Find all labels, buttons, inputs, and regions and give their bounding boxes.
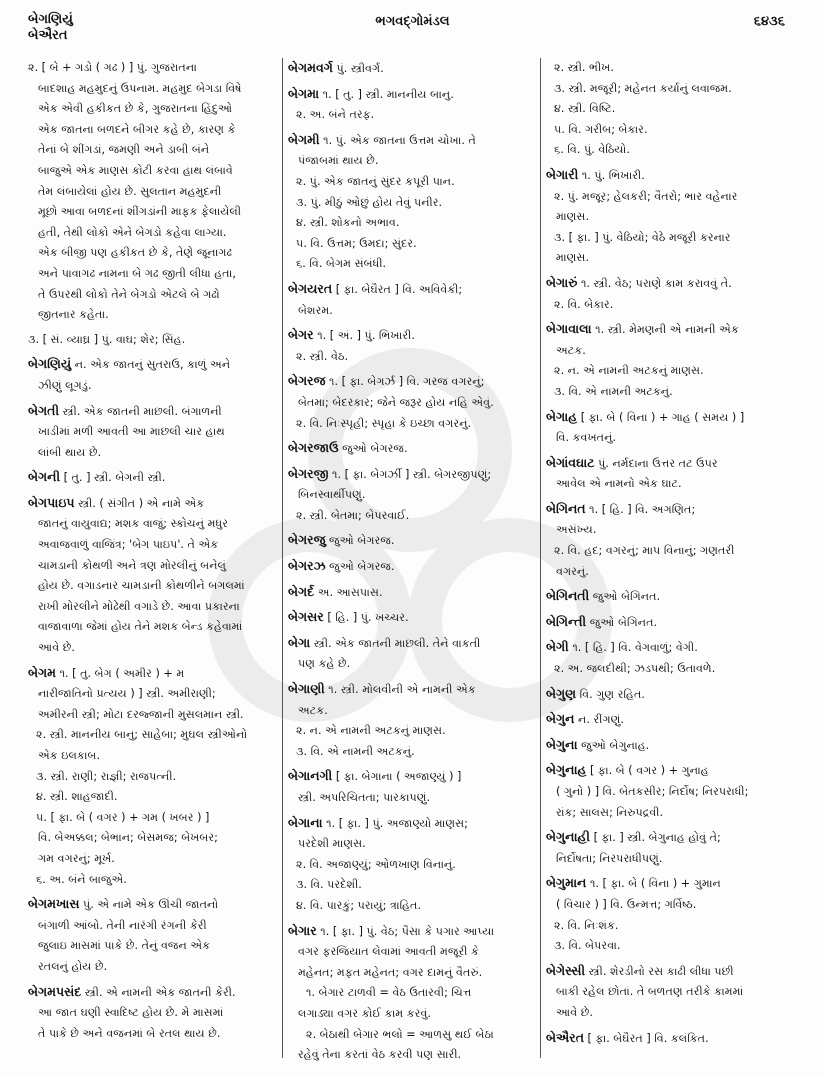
sense-line: ૩. પું. મીઠું ઓછું હોય તેવું પનીર. [288,193,536,214]
headword: બેગરજાઉ [288,440,339,455]
definition-text: એક બીજી પણ હકીકત છે કે, તેણે જૂનાગઢ [38,246,232,259]
dictionary-entry: બેગાંવઘાટ પું. નર્મદાના ઉત્તર તટ ઉપરઆવેલ… [546,453,808,495]
headword: બેગાર [288,923,317,938]
entry-line: બેગુનાહી [ ફા. ] સ્ત્રી. બેગુનાહ હોવું ત… [546,827,808,849]
entry-line: વિ. કવખતનું. [546,428,808,449]
entry-line: રતલનું હોય છે. [28,957,280,978]
entry-line: બેગેસ્સી સ્ત્રી. શેરડીનો રસ કાઢી લીધા પછ… [546,961,808,983]
dictionary-entry: બેગુનાહી [ ફા. ] સ્ત્રી. બેગુનાહ હોવું ત… [546,827,808,869]
idiom-line: ૨. બેઠાથી બેગાર ભલો = આળસુ થઈ બેઠા [288,1025,536,1046]
headword: બેગુના [546,737,578,752]
dictionary-entry: બેગપાઇપ સ્ત્રી. ( સંગીત ) એ નામે એકજાતનુ… [28,493,280,659]
definition-text: આવે છે. [556,1006,593,1019]
headword: બેગુમાન [546,875,586,890]
headword: બેગમખાસ [28,896,79,911]
headword: બેગાહ [546,409,577,424]
entry-line: હોય છે. વગાડનાર ચામડાની કોથળીને બગલમાં [28,576,280,597]
sense-line: ૩. [ ફા. ] પું. વેઠિયો; વેઠે મજૂરી કરનાર [546,228,808,249]
idiom-line: રહેવું તેના કરતાં વેઠ કરવી પણ સારી. [288,1045,536,1066]
dictionary-entry: બેગમ ૧. [ તુ. બેગ ( અમીર ) + મનારીજાતિનો… [28,663,280,891]
entry-line: બેગસર [ હિ. ] પું. ખચ્ચર. [288,607,536,629]
entry-line: બેગિન્તી જુઓ બેગિનત. [546,612,808,634]
dictionary-entry: બેગી ૧. [ હિ. ] વિ. વેગવાળું; વેગી.૨. અ.… [546,637,808,679]
dictionary-entry: બેગણિયું ન. એક જાતનું સુતરાઉ, કાળું અનેઝ… [28,354,280,396]
sense-line: ૨. પું. મજૂર; હેલકરી; વૈતરો; ભાર વહેનાર [546,187,808,208]
definition-text: ૩. [ સં. વ્યાઘ્ર ] પું. વાઘ; શેર; સિંહ. [28,333,185,346]
entry-line: બેગમી ૧. પું. એક જાતના ઉત્તમ ચોખા. તે [288,130,536,152]
headword: બેગણિયું [28,356,71,371]
definition-text: ૧. [ તુ. બેગ ( અમીર ) + મ [60,667,185,680]
definition-text: જુલાઇ માસમાં પાકે છે. તેનું વજન એક [38,939,210,952]
definition-text: જુઓ બેગિનત. [593,590,660,603]
entry-line: બેગારું ૧. સ્ત્રી. વેઠ; પરાણે કામ કરાવવુ… [546,273,808,295]
definition-text: હતી, તેથી લોકો એને બેગડો કહેવા લાગ્યા. [38,226,226,239]
dictionary-entry: ૩. [ સં. વ્યાઘ્ર ] પું. વાઘ; શેર; સિંહ. [28,330,280,351]
entry-line: ૩. [ સં. વ્યાઘ્ર ] પું. વાઘ; શેર; સિંહ. [28,330,280,351]
definition-text: જુઓ બેગિનત. [590,616,657,629]
entry-line: બેગુન ન. રીંગણું. [546,709,808,731]
entry-line: બેગુનાહ [ ફા. બે ( વગર ) + ગુનાહ [546,760,808,782]
definition-text: લાંબી થાય છે. [38,446,101,459]
entry-line: બેગમા ૧. [ તુ. ] સ્ત્રી. માનનીય બાનુ. [288,84,536,106]
definition-text: એક જાતના બળદને બીગર કહે છે, કારણ કે [38,123,235,136]
dictionary-entry: બેગરઝ જુઓ બેગરજ. [288,556,536,578]
sense-line: ૨. પું. એક જાતનું સુંદર કપૂરી પાન. [288,172,536,193]
definition-text: ૧. [ ફા. બેગર્ઝી ] સ્ત્રી. બેગરજીપણું; [332,468,491,481]
dictionary-entry: બેગમપસંદ સ્ત્રી. એ નામની એક જાતની કેરી.આ… [28,982,280,1045]
entry-line: એક એવી હકીકત છે કે, ગુજરાતના હિંદુઓ [28,99,280,120]
idiom-line: લગાડ્યા વગર કોઈ કામ કરવું. [288,1004,536,1025]
definition-text: વિ. કવખતનું. [556,431,616,444]
entry-line: વગર ફરજિયાત લેવામાં આવતી મજૂરી કે [288,942,536,963]
sense-line: ૨. સ્ત્રી. ભીખ. [546,58,808,79]
definition-text: નારીજાતિનો પ્રત્યય ) ] સ્ત્રી. અમીરાણી; [38,687,216,700]
entry-line: અસંખ્ય. [546,520,808,541]
definition-text: [ ફા. બે ( વિના ) + ગાહ ( સમય ) ] [581,411,745,424]
definition-text: પું. સ્ત્રીવર્ગ. [336,62,383,75]
sense-line: માણસ. [546,207,808,228]
headword: બેગમવર્ગ [288,60,333,75]
entry-line: તેમ લંબાયેલાં હોય છે. સુલતાન મહમુદની [28,182,280,203]
column-divider [282,58,283,1058]
headword: બેગેસ્સી [546,963,585,978]
entry-line: રાંક; સાલસ; નિરુપદ્રવી. [546,803,808,824]
sense-line: માણસ. [546,248,808,269]
sense-line: વગરનું. [546,562,808,583]
sense-line: ૪. વિ. પારકું; પરાયું; ત્રાહિત. [288,896,536,917]
definition-text: જુઓ બેગરજ. [329,560,394,573]
definition-text: બાદશાહ મહમુદનું ઉપનામ. મહમુદ બેગડા વિષે [38,82,241,95]
definition-text: પું. એ નામે એક ઊંચી જાતનો [83,898,218,911]
entry-line: આવે છે. [546,1003,808,1024]
entry-line: એક જાતના બળદને બીગર કહે છે, કારણ કે [28,120,280,141]
dictionary-entry: બેગાણી ૧. સ્ત્રી. મોલવીની એ નામની એકઅટક.… [288,679,536,762]
sense-line: ૫. વિ. ગરીબ; બેકાર. [546,120,808,141]
definition-text: ચામડાની કોથળી અને ત્રણ મોરલીનું બનેલું [38,559,226,572]
headword: બેગયરત [288,281,332,296]
entry-line: બેગુમાન ૧. [ ફા. બે ( વિના ) + ગુમાન [546,873,808,895]
headword: બેગમા [288,86,319,101]
sense-line: ગમ વગરનું; મૂર્ખ. [28,849,280,870]
definition-text: પરદેશી માણસ. [298,837,366,850]
entry-line: એક બીજી પણ હકીકત છે કે, તેણે જૂનાગઢ [28,243,280,264]
headword: બેગિનત [546,501,586,516]
definition-text: ( ગુનો ) ] વિ. બેતકસીર; નિર્દોષ; નિરપરાધ… [556,785,748,798]
definition-text: રાખી મોરલીને મોઢેથી વગાડે છે. આવા પ્રકાર… [38,600,240,613]
entry-line: પણ કહે છે. [288,654,536,675]
entry-line: આવેલ એ નામનો એક ઘાટ. [546,474,808,495]
headword: બેગારી [546,167,578,182]
headword: બેગારું [546,275,577,290]
definition-text: આ જાત ઘણી સ્વાદિષ્ટ હોય છે. મે માસમાં [38,1006,223,1019]
entry-line: આવે છે. [28,638,280,659]
dictionary-entry: બેગુણ વિ. ગુણ રહિત. [546,684,808,706]
headword: બેઐરત [546,1030,584,1045]
sense-line: ૨. વિ. અજાણ્યું; ઓળખાણ વિનાનું. [288,855,536,876]
entry-line: બેગર્દ અ. આસપાસ. [288,582,536,604]
entry-line: વાજાવાળા જેમાં હોય તેને મશક બેન્ડ કહેવામ… [28,617,280,638]
dictionary-entry: બેગિનત ૧. [ હિ. ] વિ. અગણિત;અસંખ્ય.૨. વિ… [546,499,808,582]
definition-text: સ્ત્રી. એક જાતની માછલી. બંગાળની [63,405,222,418]
sense-line: ૨. અ. જલદીથી; ઝડપથી; ઉતાવળે. [546,659,808,680]
definition-text: બિનસ્વાર્થીપણું. [298,488,365,501]
definition-text: વાજાવાળા જેમાં હોય તેને મશક બેન્ડ કહેવામ… [38,620,242,633]
headword: બેગુનાહી [546,829,590,844]
headword: બેગી [546,639,569,654]
definition-text: બંગાળી આંબો. તેની નારંગી રંગની કેરી [38,919,207,932]
dictionary-entry: બેગર્દ અ. આસપાસ. [288,582,536,604]
entry-line: જુલાઇ માસમાં પાકે છે. તેનું વજન એક [28,936,280,957]
entry-line: બેગાહ [ ફા. બે ( વિના ) + ગાહ ( સમય ) ] [546,407,808,429]
dictionary-entry: બેગુનાહ [ ફા. બે ( વગર ) + ગુનાહ( ગુનો )… [546,760,808,823]
dictionary-entry: બેગાર ૧. [ ફા. ] પું. વેઠ; પૈસા કે પગાર … [288,921,536,1066]
dictionary-entry: બેગસર [ હિ. ] પું. ખચ્ચર. [288,607,536,629]
definition-text: ૧. સ્ત્રી. મોલવીની એ નામની એક [328,683,475,696]
definition-text: ખાડીમાં મળી આવતી આ માછલી ચાર હાથ [38,425,225,438]
definition-text: ૧. [ ફા. ] પું. અજાણ્યો માણસ; [326,817,468,830]
headword: બેગમપસંદ [28,984,81,999]
entry-line: જીતનાર કહેતા. [28,305,280,326]
entry-line: બાકી રહેલ છોતાં. તે બળતણ તરીકે કામમાં [546,982,808,1003]
definition-text: ૧. [ તુ. ] સ્ત્રી. માનનીય બાનુ. [323,88,454,101]
definition-text: અને પાવાગઢ નામના બે ગઢ જીતી લીધા હતા, [38,267,236,280]
sense-line: ૩. વિ. એ નામની અટકનું. [288,742,536,763]
entry-line: નારીજાતિનો પ્રત્યય ) ] સ્ત્રી. અમીરાણી; [28,684,280,705]
sense-line: ૪. સ્ત્રી. વિષ્ટિ. [546,99,808,120]
definition-text: તેનાં બે શીંગડાં, જમણી અને ડાબી બંને [38,143,209,156]
entry-line: જાતનું વાયુવાદ્ય; મશક વાજું; સ્કોચનું મધ… [28,514,280,535]
definition-text: ૧. [ ફા. બે ( વિના ) + ગુમાન [590,877,721,890]
dictionary-entry: બેગમવર્ગ પું. સ્ત્રીવર્ગ. [288,58,536,80]
entry-line: મહેનત; મફત મહેનત; વગર દામનું વૈતરું. [288,963,536,984]
sense-line: ૨. ન. એ નામની અટકનું માણસ. [546,361,808,382]
headword: બેગરજી [288,466,328,481]
dictionary-entry: ૨. સ્ત્રી. ભીખ.૩. સ્ત્રી. મજૂરી; મહેનત ક… [546,58,808,161]
definition-text: અમીરની સ્ત્રી; મોટા દરજ્જાની મુસલમાન સ્ત… [38,708,244,721]
page-title: ભગવદ્ગોમંડલ [0,14,825,29]
sense-line: ૫. વિ. ઉત્તમ; ઉમદા; સુંદર. [288,234,536,255]
entry-line: બાદશાહ મહમુદનું ઉપનામ. મહમુદ બેગડા વિષે [28,79,280,100]
headword: બેગુન [546,711,574,726]
headword: બેગાણી [288,681,325,696]
sense-line: ૨. સ્ત્રી. બેતમા; બેપરવાઈ. [288,506,536,527]
entry-line: બેગરજી ૧. [ ફા. બેગર્ઝી ] સ્ત્રી. બેગરજી… [288,464,536,486]
definition-text: [ ફા. ] સ્ત્રી. બેગુનાહ હોવું તે; [594,831,721,844]
dictionary-entry: બેગતી સ્ત્રી. એક જાતની માછલી. બંગાળનીખાડ… [28,401,280,464]
sense-line: ૪. સ્ત્રી. શોકનો અભાવ. [288,213,536,234]
entry-line: બેગા સ્ત્રી. એક જાતની માછલી. તેને વાકતી [288,633,536,655]
definition-text: ૨. [ બે + ગડો ( ગઢ ) ] પું. ગુજરાતના [28,61,197,74]
definition-text: પું. નર્મદાના ઉત્તર તટ ઉપર [598,457,718,470]
column-1: ૨. [ બે + ગડો ( ગઢ ) ] પું. ગુજરાતનાબાદશ… [28,58,280,1048]
sense-line: ૨. વિ. નિઃશંક. [546,916,808,937]
headword: બેગા [288,635,310,650]
entry-line: બેગયરત [ ફા. બેઘૈરત ] વિ. અવિવેકી; [288,279,536,301]
sense-line: ૬. વિ. બેગમ સંબંધી. [288,254,536,275]
entry-line: બંગાળી આંબો. તેની નારંગી રંગની કેરી [28,916,280,937]
definition-text: ( વિચાર ) ] વિ. ઉન્મત્ત; ગર્વિષ્ઠ. [556,898,696,911]
definition-text: હોય છે. વગાડનાર ચામડાની કોથળીને બગલમાં [38,579,245,592]
entry-line: બેગણિયું ન. એક જાતનું સુતરાઉ, કાળું અને [28,354,280,376]
definition-text: જુઓ બેગરજ. [342,442,407,455]
definition-text: બેતમા; બેદરકાર; જેને જરૂર હોય નહિ એવું. [298,396,494,409]
definition-text: ૧. [ ફા. ] પું. વેઠ; પૈસા કે પગાર આપ્યા [320,925,494,938]
headword: બેગરજ [288,373,325,388]
sense-line: એક ઇલકાબ. [28,746,280,767]
headword: બેગરજુ [288,532,325,547]
definition-text: તે પાકે છે અને વજનમાં બે રતલ થાય છે. [38,1027,220,1040]
definition-text: ૧. સ્ત્રી. મેમણની એ નામની એક [595,323,739,336]
dictionary-entry: બેગરજી ૧. [ ફા. બેગર્ઝી ] સ્ત્રી. બેગરજી… [288,464,536,527]
entry-line: બેગાવાલા ૧. સ્ત્રી. મેમણની એ નામની એક [546,319,808,341]
entry-line: બેગી ૧. [ હિ. ] વિ. વેગવાળું; વેગી. [546,637,808,659]
definition-text: પંજાબમાં થાય છે. [298,154,379,167]
entry-line: બેગમખાસ પું. એ નામે એક ઊંચી જાતનો [28,894,280,916]
dictionary-entry: બેગયરત [ ફા. બેઘૈરત ] વિ. અવિવેકી;બેશરમ. [288,279,536,321]
sense-line: ૩. વિ. બેપરવા. [546,936,808,957]
definition-text: નિર્દોષતા; નિરપરાધીપણું. [556,852,662,865]
dictionary-entry: બેગાહ [ ફા. બે ( વિના ) + ગાહ ( સમય ) ]વ… [546,407,808,449]
sense-line: ૨. સ્ત્રી. વેઠ. [288,347,536,368]
entry-line: સ્ત્રી. અપરિચિતતા; પારકાપણું. [288,788,536,809]
definition-text: અ. આસપાસ. [318,586,383,599]
definition-text: બાજુએ એક માણસ કોટી કરવા હાથ લંબાવે [38,164,233,177]
headword: બેગપાઇપ [28,495,75,510]
headword: બેગની [28,469,60,484]
entry-line: બેગર ૧. [ અં. ] પું. ભિખારી. [288,325,536,347]
definition-text: [ હિ. ] પું. ખચ્ચર. [327,611,408,624]
definition-text: જીતનાર કહેતા. [38,308,109,321]
definition-text: અવાજવાળું વાજિંત્ર; 'બેગ પાઇપ'. તે એક [38,538,218,551]
definition-text: પણ કહે છે. [298,657,350,670]
sense-line: ૬. અ. બંને બાજુએ. [28,870,280,891]
entry-line: નિર્દોષતા; નિરપરાધીપણું. [546,849,808,870]
definition-text: આવેલ એ નામનો એક ઘાટ. [556,477,682,490]
sense-line: ૬. વિ. પું. વેઠિયો. [546,140,808,161]
guide-word-last: બેઐરત [28,28,73,44]
dictionary-entry: બેગિન્તી જુઓ બેગિનત. [546,612,808,634]
headword: બેગસર [288,609,324,624]
headword: બેગર્દ [288,584,314,599]
definition-text: જુઓ બેગરજ. [329,534,394,547]
definition-text: [ ફા. બેઘૈરત ] વિ. કલંકિત. [588,1032,709,1045]
headword: બેગમ [28,665,56,680]
headword: બેગર [288,327,314,342]
entry-line: બેગરજ ૧. [ ફા. બેગર્ઝ ] વિ. ગરજ વગરનું; [288,371,536,393]
entry-line: બેગતી સ્ત્રી. એક જાતની માછલી. બંગાળની [28,401,280,423]
entry-line: બેગાંવઘાટ પું. નર્મદાના ઉત્તર તટ ઉપર [546,453,808,475]
definition-text: ૧. સ્ત્રી. વેઠ; પરાણે કામ કરાવવું તે. [581,277,732,290]
entry-line: લાંબી થાય છે. [28,443,280,464]
definition-text: ઝીણું લૂગડું. [38,379,92,392]
headword: બેગમી [288,132,320,147]
definition-text: તેમ લંબાયેલાં હોય છે. સુલતાન મહમુદની [38,185,221,198]
entry-line: બાજુએ એક માણસ કોટી કરવા હાથ લંબાવે [28,161,280,182]
entry-line: હતી, તેથી લોકો એને બેગડો કહેવા લાગ્યા. [28,223,280,244]
headword: બેગાના [288,815,323,830]
sense-line: ૩. સ્ત્રી. મજૂરી; મહેનત કર્યાનું લવાજમ. [546,79,808,100]
entry-line: બેગરજુ જુઓ બેગરજ. [288,530,536,552]
headword: બેગુનાહ [546,762,586,777]
entry-line: બેગાર ૧. [ ફા. ] પું. વેઠ; પૈસા કે પગાર … [288,921,536,943]
dictionary-entry: બેગારી ૧. પું. ભિખારી.૨. પું. મજૂર; હેલક… [546,165,808,269]
entry-line: ચામડાની કોથળી અને ત્રણ મોરલીનું બનેલું [28,556,280,577]
definition-text: સ્ત્રી. એ નામની એક જાતની કેરી. [85,986,236,999]
entry-line: બેશરમ. [288,301,536,322]
column-3: ૨. સ્ત્રી. ભીખ.૩. સ્ત્રી. મજૂરી; મહેનત ક… [546,58,808,1053]
sense-line: ૨. અ. બંને તરફ. [288,105,536,126]
sense-line: ૨. ન. એ નામની અટકનું માણસ. [288,721,536,742]
definition-text: [ ફા. બેઘૈરત ] વિ. અવિવેકી; [336,283,462,296]
entry-line: બેગાના ૧. [ ફા. ] પું. અજાણ્યો માણસ; [288,813,536,835]
entry-line: પંજાબમાં થાય છે. [288,151,536,172]
definition-text: મહેનત; મફત મહેનત; વગર દામનું વૈતરું. [298,966,482,979]
entry-line: બેગરઝ જુઓ બેગરજ. [288,556,536,578]
entry-line: રાખી મોરલીને મોઢેથી વગાડે છે. આવા પ્રકાર… [28,597,280,618]
dictionary-entry: બેગમખાસ પું. એ નામે એક ઊંચી જાતનોબંગાળી … [28,894,280,977]
dictionary-entry: બેઐરત [ ફા. બેઘૈરત ] વિ. કલંકિત. [546,1028,808,1050]
definition-text: ૧. [ ફા. બેગર્ઝ ] વિ. ગરજ વગરનું; [329,375,484,388]
sense-line: વિ. બેઅક્કલ; બેભાન; બેસમજ; બેખબર; [28,828,280,849]
dictionary-entry: બેગેસ્સી સ્ત્રી. શેરડીનો રસ કાઢી લીધા પછ… [546,961,808,1024]
entry-line: અટક. [546,341,808,362]
definition-text: જાતનું વાયુવાદ્ય; મશક વાજું; સ્કોચનું મધ… [38,517,228,530]
dictionary-entry: બેગુન ન. રીંગણું. [546,709,808,731]
sense-line: ૫. [ ફા. બે ( વગર ) + ગમ ( ખબર ) ] [28,808,280,829]
entry-line: ૨. [ બે + ગડો ( ગઢ ) ] પું. ગુજરાતના [28,58,280,79]
entry-line: બેગુણ વિ. ગુણ રહિત. [546,684,808,706]
dictionary-entry: બેગાવાલા ૧. સ્ત્રી. મેમણની એ નામની એકઅટક… [546,319,808,402]
entry-line: બેગપાઇપ સ્ત્રી. ( સંગીત ) એ નામે એક [28,493,280,515]
headword: બેગાવાલા [546,321,592,336]
definition-text: જુઓ બેગુનાહ. [581,739,649,752]
entry-line: અને પાવાગઢ નામના બે ગઢ જીતી લીધા હતા, [28,264,280,285]
definition-text: રતલનું હોય છે. [38,960,107,973]
entry-line: આ જાત ઘણી સ્વાદિષ્ટ હોય છે. મે માસમાં [28,1003,280,1024]
dictionary-entry: બેગરજ ૧. [ ફા. બેગર્ઝ ] વિ. ગરજ વગરનું;બ… [288,371,536,434]
entry-line: ઝીણું લૂગડું. [28,376,280,397]
sense-line: ૩. વિ. પરદેશી. [288,875,536,896]
sense-line: ૨. વિ. બેકાર. [546,295,808,316]
entry-line: મૂછો આવા બળદનાં શીંગડાંની માફક ફેલાયેલી [28,202,280,223]
sense-line: ૨. વિ. નિઃસ્પૃહી; સ્પૃહા કે ઇચ્છા વગરનું… [288,414,536,435]
entry-line: તે ઉપરથી લોકો તેને બેગડો એટલે બે ગઢો [28,285,280,306]
dictionary-entry: બેગર ૧. [ અં. ] પું. ભિખારી.૨. સ્ત્રી. વ… [288,325,536,367]
definition-text: બેશરમ. [298,304,333,317]
definition-text: તે ઉપરથી લોકો તેને બેગડો એટલે બે ગઢો [38,288,220,301]
entry-line: ( ગુનો ) ] વિ. બેતકસીર; નિર્દોષ; નિરપરાધ… [546,782,808,803]
headword: બેગાંવઘાટ [546,455,595,470]
definition-text: ન. એક જાતનું સુતરાઉ, કાળું અને [75,358,230,371]
definition-text: ૧. [ હિ. ] વિ. વેગવાળું; વેગી. [572,641,697,654]
definition-text: ૧. [ હિ. ] વિ. અગણિત; [589,503,695,516]
dictionary-entry: બેગિનતી જુઓ બેગિનત. [546,586,808,608]
entry-line: બેગની [ તુ. ] સ્ત્રી. બેગની સ્ત્રી. [28,467,280,489]
entry-line: બેગાનગી [ ફા. બેગાના ( અજાણ્યું ) ] [288,766,536,788]
dictionary-entry: બેગુમાન ૧. [ ફા. બે ( વિના ) + ગુમાન( વિ… [546,873,808,956]
column-2: બેગમવર્ગ પું. સ્ત્રીવર્ગ.બેગમા ૧. [ તુ. … [288,58,536,1070]
dictionary-page: બેગણિયું બેઐરત ભગવદ્ગોમંડલ ૬૪૩૬ ૨. [ બે … [0,0,825,1075]
entry-line: બેગિનત ૧. [ હિ. ] વિ. અગણિત; [546,499,808,521]
headword: બેગુણ [546,686,576,701]
page-number: ૬૪૩૬ [754,14,785,29]
entry-line: પરદેશી માણસ. [288,834,536,855]
definition-text: બાકી રહેલ છોતાં. તે બળતણ તરીકે કામમાં [556,985,743,998]
entry-line: બેઐરત [ ફા. બેઘૈરત ] વિ. કલંકિત. [546,1028,808,1050]
definition-text: [ ફા. બે ( વગર ) + ગુનાહ [590,764,709,777]
definition-text: રાંક; સાલસ; નિરુપદ્રવી. [556,806,663,819]
definition-text: ૧. [ અં. ] પું. ભિખારી. [317,329,415,342]
dictionary-entry: બેગાના ૧. [ ફા. ] પું. અજાણ્યો માણસ;પરદે… [288,813,536,917]
definition-text: [ તુ. ] સ્ત્રી. બેગની સ્ત્રી. [64,471,166,484]
headword: બેગાનગી [288,768,332,783]
entry-line: બેગમપસંદ સ્ત્રી. એ નામની એક જાતની કેરી. [28,982,280,1004]
entry-line: બેગમવર્ગ પું. સ્ત્રીવર્ગ. [288,58,536,80]
entry-line: ( વિચાર ) ] વિ. ઉન્મત્ત; ગર્વિષ્ઠ. [546,895,808,916]
idiom-line: ૧. બેગાર ટાળવી = વેઠ ઉતારવી; ચિત્ત [288,983,536,1004]
dictionary-entry: બેગારું ૧. સ્ત્રી. વેઠ; પરાણે કામ કરાવવુ… [546,273,808,315]
definition-text: વગર ફરજિયાત લેવામાં આવતી મજૂરી કે [298,945,479,958]
definition-text: મૂછો આવા બળદનાં શીંગડાંની માફક ફેલાયેલી [38,205,241,218]
definition-text: સ્ત્રી. ( સંગીત ) એ નામે એક [78,497,204,510]
headword: બેગતી [28,403,59,418]
entry-line: બેગારી ૧. પું. ભિખારી. [546,165,808,187]
definition-text: સ્ત્રી. અપરિચિતતા; પારકાપણું. [298,791,430,804]
definition-text: અસંખ્ય. [556,523,596,536]
sense-line: ૪. સ્ત્રી. શાહજાદી. [28,787,280,808]
entry-line: અવાજવાળું વાજિંત્ર; 'બેગ પાઇપ'. તે એક [28,535,280,556]
dictionary-entry: બેગા સ્ત્રી. એક જાતની માછલી. તેને વાકતીપ… [288,633,536,675]
entry-line: ખાડીમાં મળી આવતી આ માછલી ચાર હાથ [28,422,280,443]
column-divider [540,58,541,1058]
headword: બેગિન્તી [546,614,586,629]
entry-line: બેતમા; બેદરકાર; જેને જરૂર હોય નહિ એવું. [288,393,536,414]
dictionary-entry: બેગરજુ જુઓ બેગરજ. [288,530,536,552]
entry-line: તે પાકે છે અને વજનમાં બે રતલ થાય છે. [28,1024,280,1045]
entry-line: બેગમ ૧. [ તુ. બેગ ( અમીર ) + મ [28,663,280,685]
definition-text: ન. રીંગણું. [578,713,624,726]
definition-text: અટક. [556,344,586,357]
dictionary-entry: બેગરજાઉ જુઓ બેગરજ. [288,438,536,460]
entry-line: અમીરની સ્ત્રી; મોટા દરજ્જાની મુસલમાન સ્ત… [28,705,280,726]
dictionary-entry: બેગની [ તુ. ] સ્ત્રી. બેગની સ્ત્રી. [28,467,280,489]
dictionary-entry: ૨. [ બે + ગડો ( ગઢ ) ] પું. ગુજરાતનાબાદશ… [28,58,280,326]
entry-line: અટક. [288,701,536,722]
definition-text: ૧. પું. ભિખારી. [582,169,645,182]
definition-text: ૧. પું. એક જાતના ઉત્તમ ચોખા. તે [323,134,476,147]
sense-line: ૨. સ્ત્રી. માનનીય બાનુ; સાહેબા; મુઘલ સ્ત… [28,725,280,746]
definition-text: સ્ત્રી. શેરડીનો રસ કાઢી લીધા પછી [589,965,734,978]
